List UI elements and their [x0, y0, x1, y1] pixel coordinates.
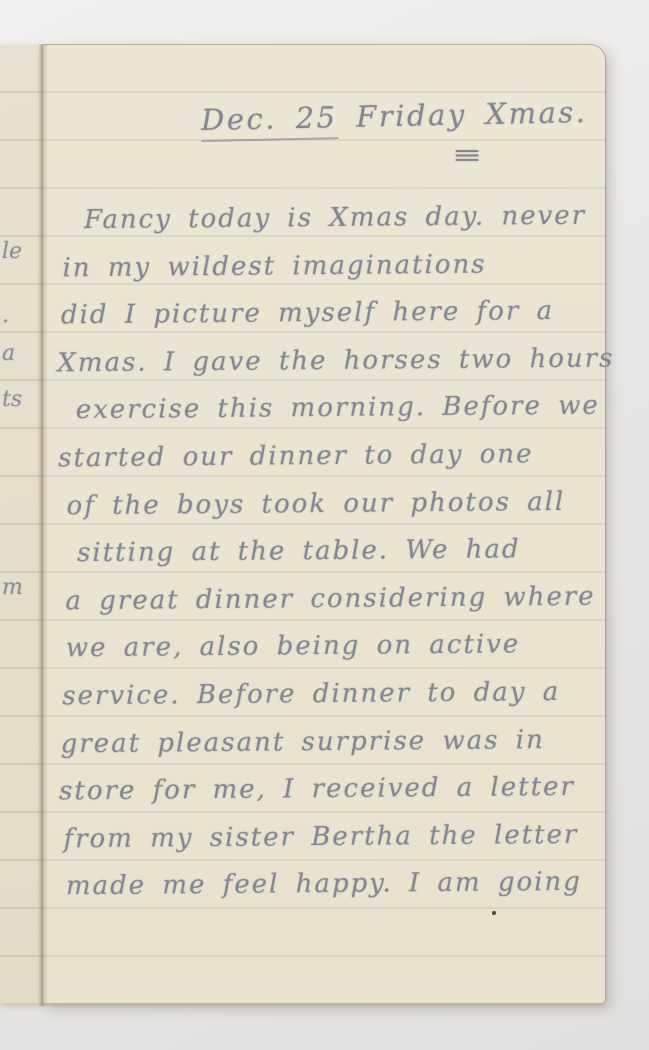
diary-line: made me feel happy. I am going — [60, 859, 600, 911]
margin-text-fragment: ts — [2, 387, 22, 412]
diary-line: Fancy today is Xmas day. never — [54, 193, 594, 245]
diary-line: we are, also being on active — [58, 621, 598, 673]
margin-text-fragment: m — [2, 575, 23, 600]
triple-underline-mark: ≡ — [452, 141, 482, 169]
diary-line: exercise this morning. Before we — [56, 383, 596, 435]
diary-line: in my wildest imaginations — [54, 240, 594, 292]
diary-line: sitting at the table. We had — [57, 526, 597, 578]
ink-speck — [492, 911, 496, 915]
book-gutter-shadow — [38, 44, 48, 1006]
diary-line: a great dinner considering where — [57, 573, 597, 625]
margin-text-fragment: le — [2, 239, 22, 264]
margin-text-fragment: a — [2, 341, 15, 366]
diary-line: from my sister Bertha the letter — [59, 811, 599, 863]
diary-line: did I picture myself here for a — [55, 288, 595, 340]
entry-date: Dec. 25 — [201, 100, 338, 142]
diary-line: store for me, I received a letter — [59, 764, 599, 816]
diary-line: service. Before dinner to day a — [58, 669, 598, 721]
entry-heading: Dec. 25 Friday Xmas. — [201, 95, 588, 137]
diary-line: great pleasant surprise was in — [58, 716, 598, 768]
diary-page: Dec. 25 Friday Xmas. ≡ Fancy today is Xm… — [43, 44, 606, 1004]
diary-line: of the boys took our photos all — [56, 478, 596, 530]
diary-line: Xmas. I gave the horses two hours — [55, 335, 595, 387]
diary-body: Fancy today is Xmas day. neverin my wild… — [54, 193, 600, 912]
entry-title: Friday Xmas. — [356, 95, 588, 134]
facing-page-edge: le.atsm — [0, 45, 43, 1003]
margin-text-fragment: . — [2, 303, 9, 328]
scanned-diary-spread: le.atsm Dec. 25 Friday Xmas. ≡ Fancy tod… — [0, 0, 649, 1050]
diary-line: started our dinner to day one — [56, 431, 596, 483]
